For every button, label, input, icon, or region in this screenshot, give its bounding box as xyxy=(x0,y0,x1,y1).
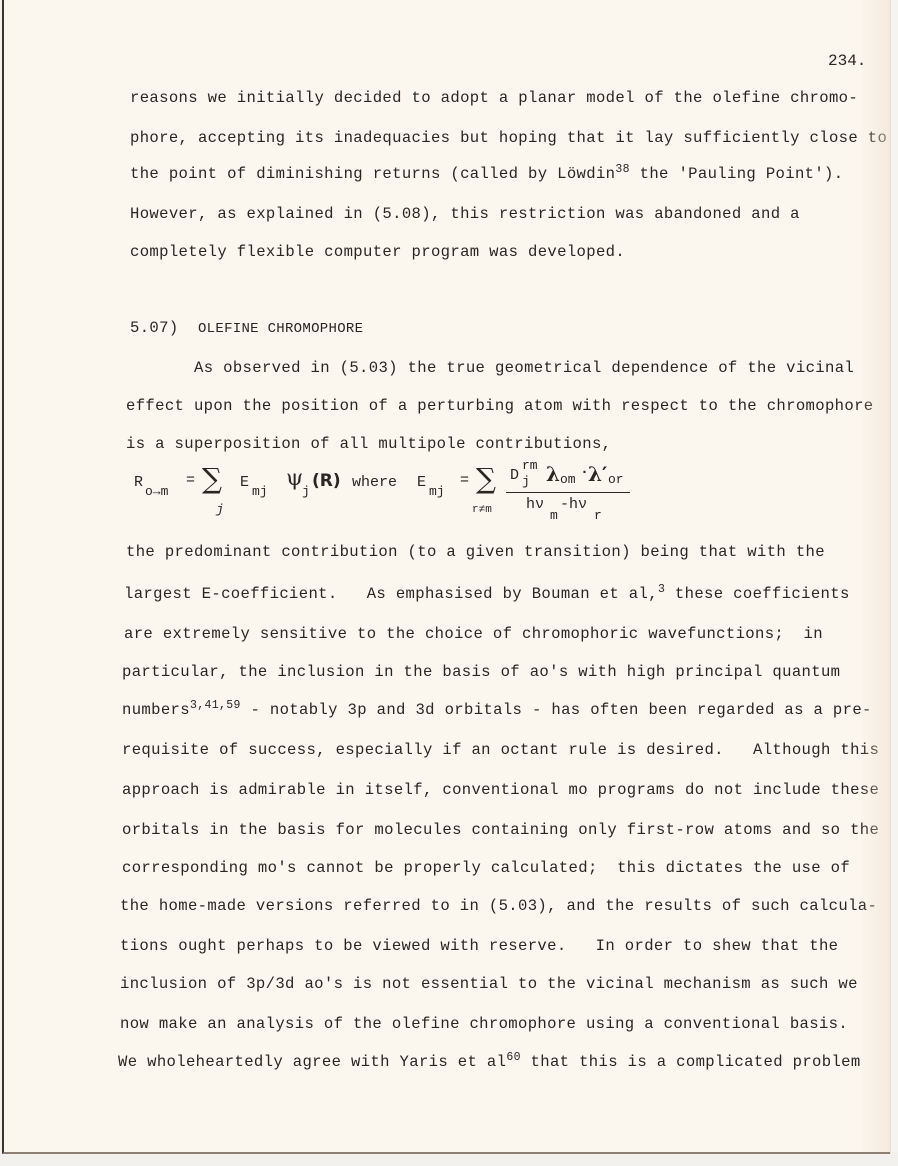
text-line: completely flexible computer program was… xyxy=(130,242,625,262)
numerator-d-sup: rm xyxy=(522,458,538,473)
numerator-d-sub: j xyxy=(522,474,530,489)
text-line: the predominant contribution (to a given… xyxy=(126,542,825,562)
citation-superscript: 3,41,59 xyxy=(190,699,241,712)
text-line: inclusion of 3p/3d ao's is not essential… xyxy=(120,974,858,994)
denominator-h2: -hν xyxy=(560,496,587,513)
text-line: orbitals in the basis for molecules cont… xyxy=(122,820,879,840)
citation-superscript: 60 xyxy=(506,1051,521,1064)
text-line: now make an analysis of the olefine chro… xyxy=(120,1014,848,1034)
text-run: the point of diminishing returns (called… xyxy=(130,165,615,183)
denominator-h1: hν xyxy=(526,496,544,513)
formula-eq1: = xyxy=(186,472,195,489)
formula-lhs: R xyxy=(134,474,143,491)
text-line: the point of diminishing returns (called… xyxy=(130,164,843,186)
text-line: largest E-coefficient. As emphasised by … xyxy=(124,584,850,606)
text-run: We wholeheartedly agree with Yaris et al xyxy=(118,1053,506,1071)
text-run: numbers xyxy=(122,701,190,719)
e-coefficient-formula: R o→m = ∑ j E mj ψ j (R) where E mj = ∑ … xyxy=(134,462,654,532)
text-line: numbers3,41,59 - notably 3p and 3d orbit… xyxy=(122,700,872,722)
text-run: - notably 3p and 3d orbitals - has often… xyxy=(241,701,872,719)
fraction-bar xyxy=(506,492,630,493)
section-number: 5.07) xyxy=(130,319,198,337)
text-line: reasons we initially decided to adopt a … xyxy=(130,88,858,108)
scan-background-bottom xyxy=(0,1152,898,1166)
citation-superscript: 3 xyxy=(658,583,665,596)
term1-sub: mj xyxy=(252,484,268,499)
lambda-2: λ′ xyxy=(588,462,607,486)
lambda-1: λ xyxy=(546,462,560,486)
citation-superscript: 38 xyxy=(615,163,630,176)
term2: E xyxy=(417,474,426,491)
text-line: are extremely sensitive to the choice of… xyxy=(124,624,823,644)
text-line: As observed in (5.03) the true geometric… xyxy=(194,358,854,378)
formula-lhs-sub: o→m xyxy=(145,484,168,499)
text-run: largest E-coefficient. As emphasised by … xyxy=(124,585,658,603)
text-run: that this is a complicated problem xyxy=(521,1053,861,1071)
text-line: tions ought perhaps to be viewed with re… xyxy=(120,936,838,956)
text-line: corresponding mo's cannot be properly ca… xyxy=(122,858,850,878)
lambda-2-sub: or xyxy=(608,472,624,487)
denominator-sub1: m xyxy=(550,508,558,523)
text-line: the home-made versions referred to in (5… xyxy=(120,896,877,916)
text-line: particular, the inclusion in the basis o… xyxy=(122,662,840,682)
psi-argument: (R) xyxy=(312,471,341,491)
term1: E xyxy=(240,474,249,491)
formula-eq2: = xyxy=(460,472,469,489)
term2-sub: mj xyxy=(429,484,445,499)
numerator-d: D xyxy=(510,467,519,484)
sum1-index: j xyxy=(216,502,224,517)
summation-icon-2: ∑ xyxy=(476,462,496,495)
text-line: We wholeheartedly agree with Yaris et al… xyxy=(118,1052,861,1074)
typewritten-page: 234. reasons we initially decided to ado… xyxy=(2,0,890,1154)
section-title: OLEFINE CHROMOPHORE xyxy=(198,321,363,337)
denominator-sub2: r xyxy=(594,508,602,523)
sum2-index: r≠m xyxy=(472,504,492,516)
formula-where: where xyxy=(352,474,397,491)
text-line: approach is admirable in itself, convent… xyxy=(122,780,879,800)
psi-symbol: ψ xyxy=(286,466,303,491)
summation-icon: ∑ xyxy=(202,462,222,495)
text-run: these coefficients xyxy=(665,585,849,603)
text-line: phore, accepting its inadequacies but ho… xyxy=(130,128,887,148)
text-line: is a superposition of all multipole cont… xyxy=(126,434,611,454)
psi-sub: j xyxy=(302,484,310,499)
lambda-1-sub: om xyxy=(560,472,576,487)
page-number: 234. xyxy=(828,52,866,70)
text-line: However, as explained in (5.08), this re… xyxy=(130,204,800,224)
text-run: the 'Pauling Point'). xyxy=(630,165,844,183)
section-heading: 5.07) OLEFINE CHROMOPHORE xyxy=(130,318,363,339)
text-line: effect upon the position of a perturbing… xyxy=(126,396,874,416)
text-line: requisite of success, especially if an o… xyxy=(122,740,879,760)
